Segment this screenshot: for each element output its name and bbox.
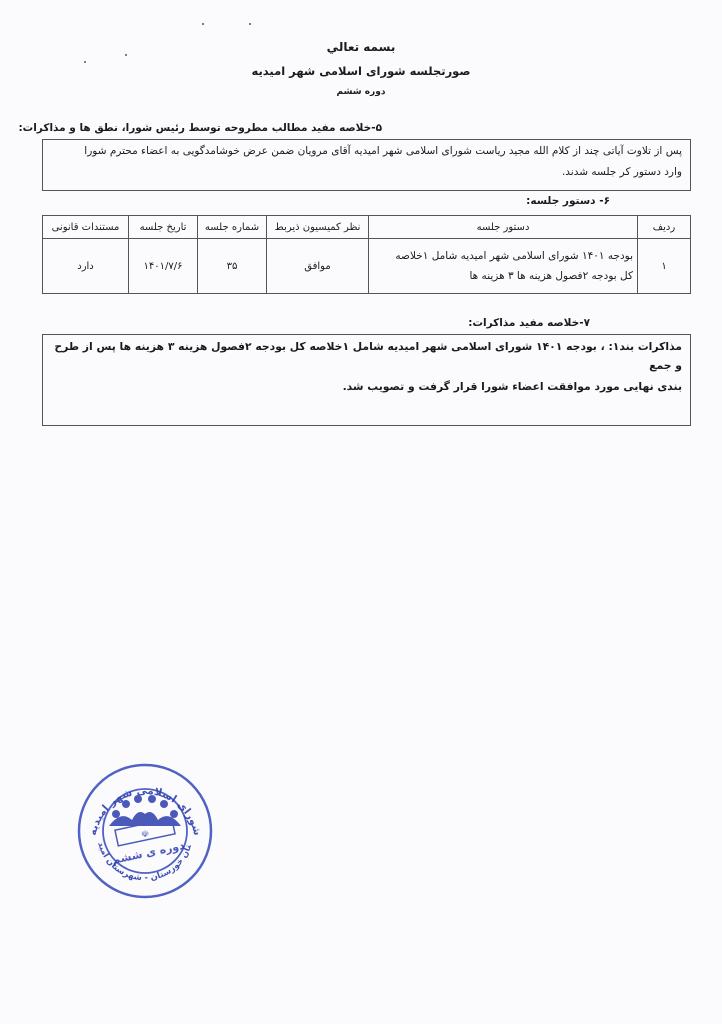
cell-agenda-line2: کل بودجه ۲فصول هزینه ها ۳ هزینه ها <box>373 266 633 286</box>
invocation-heading: بسمه تعالي <box>0 40 722 54</box>
section5-line2: وارد دستور کر جلسه شدند. <box>43 161 690 182</box>
section5-line1: پس از تلاوت آیاتی چند از کلام الله مجید … <box>43 140 690 161</box>
section7-line2: بندی نهایی مورد موافقت اعضاء شورا قرار گ… <box>43 375 690 396</box>
cell-session-number: ۳۵ <box>198 239 267 294</box>
section7-box: مذاکرات بند۱: ، بودجه ۱۴۰۱ شورای اسلامی … <box>42 334 691 426</box>
term-subtitle: دوره ششم <box>0 87 722 97</box>
seal-top-text: شورای اسلامی شهر امیدیه <box>87 785 204 837</box>
cell-agenda: بودجه ۱۴۰۱ شورای اسلامی شهر امیدیه شامل … <box>369 239 638 294</box>
seal-icon: ☫ دوره ی ششم شورای اسلامی شهر امیدیه است… <box>76 762 214 900</box>
col-header-row-no: ردیف <box>638 216 691 239</box>
scan-speck <box>125 54 127 56</box>
svg-text:شورای اسلامی شهر امیدیه: شورای اسلامی شهر امیدیه <box>87 785 204 837</box>
document-title: صورتجلسه شورای اسلامی شهر امیدیه <box>0 64 722 78</box>
col-header-commission: نظر کمیسیون ذیربط <box>267 216 369 239</box>
svg-text:☫: ☫ <box>141 830 149 840</box>
scan-speck <box>249 23 251 25</box>
scan-speck <box>202 23 204 25</box>
agenda-header-row: ردیف دستور جلسه نظر کمیسیون ذیربط شماره … <box>43 216 691 239</box>
col-header-session-date: تاریخ جلسه <box>129 216 198 239</box>
table-row: ۱ بودجه ۱۴۰۱ شورای اسلامی شهر امیدیه شام… <box>43 239 691 294</box>
agenda-table: ردیف دستور جلسه نظر کمیسیون ذیربط شماره … <box>42 215 691 294</box>
cell-commission-opinion: موافق <box>267 239 369 294</box>
section7-line1: مذاکرات بند۱: ، بودجه ۱۴۰۱ شورای اسلامی … <box>43 335 690 375</box>
section6-heading: ۶- دستور جلسه: <box>526 195 610 207</box>
scan-speck <box>84 61 86 63</box>
section7-heading: ۷-خلاصه مفید مذاکرات: <box>468 317 590 329</box>
col-header-session-number: شماره جلسه <box>198 216 267 239</box>
section5-box: پس از تلاوت آیاتی چند از کلام الله مجید … <box>42 139 691 191</box>
col-header-agenda: دستور جلسه <box>369 216 638 239</box>
col-header-legal-docs: مستندات قانونی <box>43 216 129 239</box>
council-seal-stamp: ☫ دوره ی ششم شورای اسلامی شهر امیدیه است… <box>76 762 214 900</box>
section5-heading: ۵-خلاصه مفید مطالب مطروحه توسط رئیس شورا… <box>18 122 382 134</box>
cell-agenda-line1: بودجه ۱۴۰۱ شورای اسلامی شهر امیدیه شامل … <box>373 246 633 266</box>
cell-row-no: ۱ <box>638 239 691 294</box>
cell-legal-documents: دارد <box>43 239 129 294</box>
cell-session-date: ۱۴۰۱/۷/۶ <box>129 239 198 294</box>
